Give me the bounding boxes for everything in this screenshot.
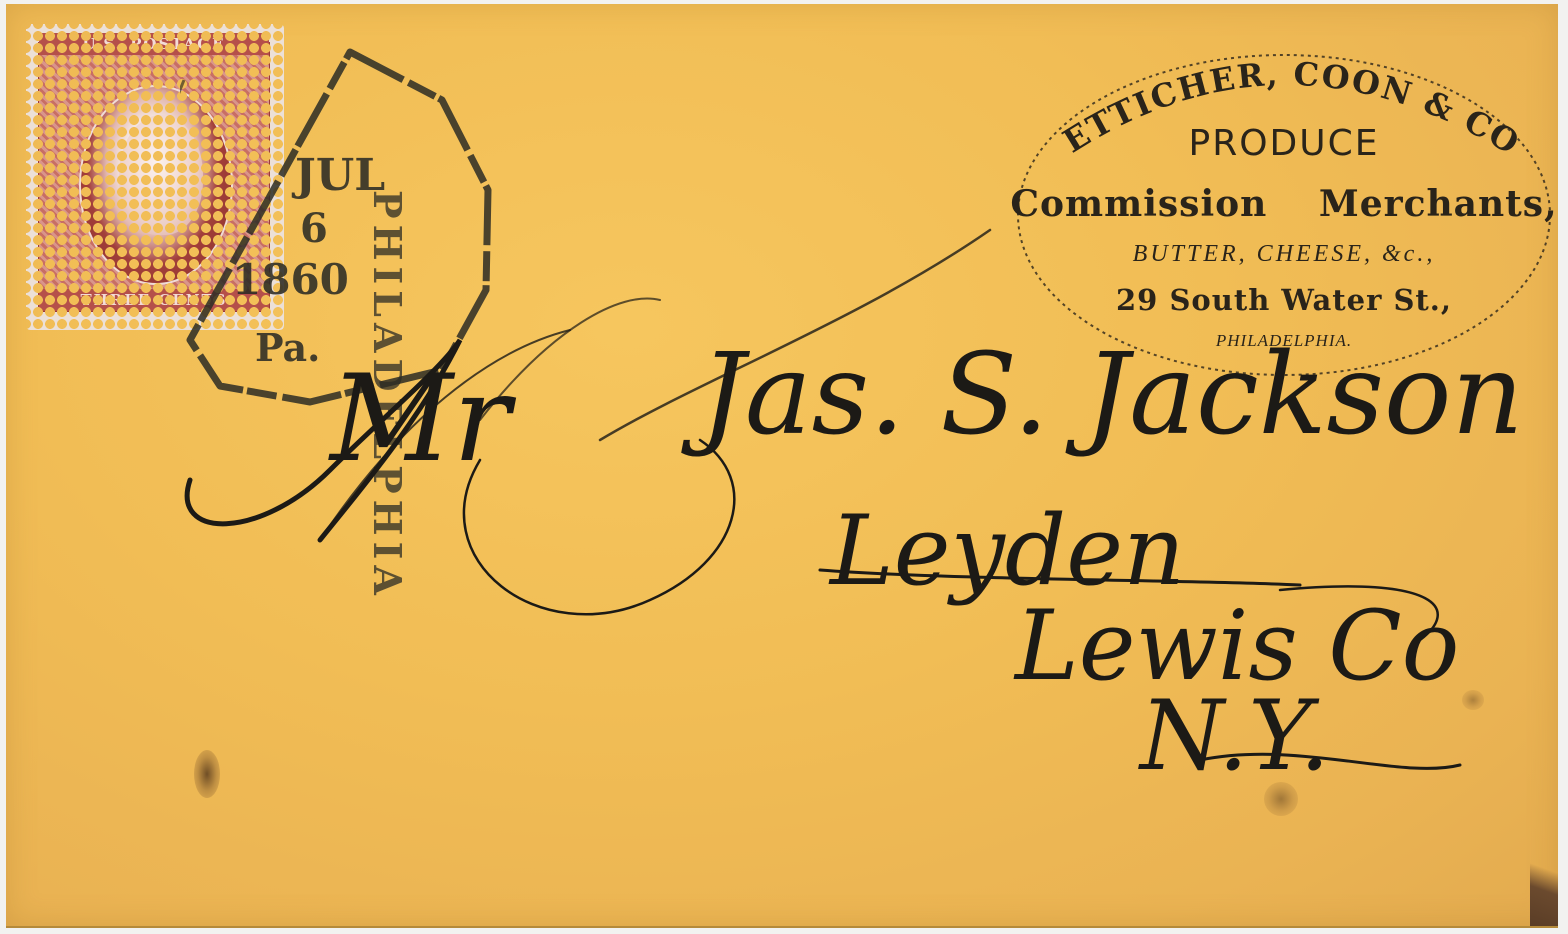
postmark-day: 6 [300, 205, 328, 252]
rosette-icon [41, 227, 95, 281]
ink-stain [194, 750, 220, 798]
postmark-year: 1860 [232, 255, 349, 304]
card-commission: Commission [1010, 183, 1267, 225]
ink-stain [1462, 690, 1484, 710]
card-city: PHILADELPHIA. [1010, 331, 1558, 351]
postmark-state: Pa. [255, 325, 320, 370]
card-street-address: 29 South Water St., [1010, 283, 1558, 317]
postmark-city: PHILADELPHIA [365, 190, 410, 601]
rosette-icon [41, 59, 95, 113]
card-merchants: Merchants, [1319, 183, 1558, 225]
corner-card: BETTICHER, COON & CO., PRODUCE Commissio… [1010, 45, 1558, 385]
postmark [180, 40, 510, 410]
ink-stain [1264, 782, 1298, 816]
card-produce: PRODUCE [1010, 123, 1558, 164]
torn-corner [1530, 846, 1558, 926]
card-commission-merchants: Commission Merchants, [1010, 183, 1558, 225]
card-goods: BUTTER, CHEESE, &c., [1010, 241, 1558, 268]
